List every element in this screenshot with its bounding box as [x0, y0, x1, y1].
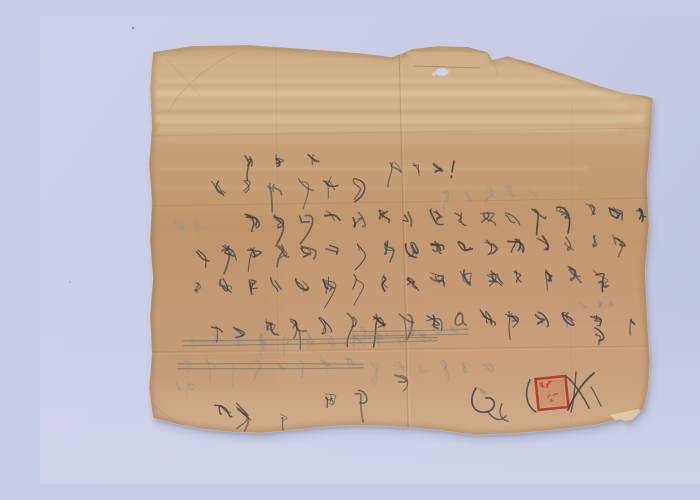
dust-speck [132, 27, 134, 29]
scene-canvas [40, 16, 700, 484]
photo-of-handwritten-letter [40, 16, 700, 484]
seal-glyph-stroke [549, 381, 551, 382]
flap-hole [436, 68, 449, 76]
dust-speck [69, 281, 71, 283]
paper-wash [420, 246, 645, 376]
flap-hole [432, 72, 436, 76]
seal-glyph-stroke [551, 400, 553, 401]
seal-glyph-stroke [553, 394, 555, 395]
strikethrough-line [178, 364, 363, 365]
red-seal-stamp [535, 376, 568, 410]
seal-glyph-stroke [547, 386, 548, 388]
seal-impression [535, 376, 568, 410]
